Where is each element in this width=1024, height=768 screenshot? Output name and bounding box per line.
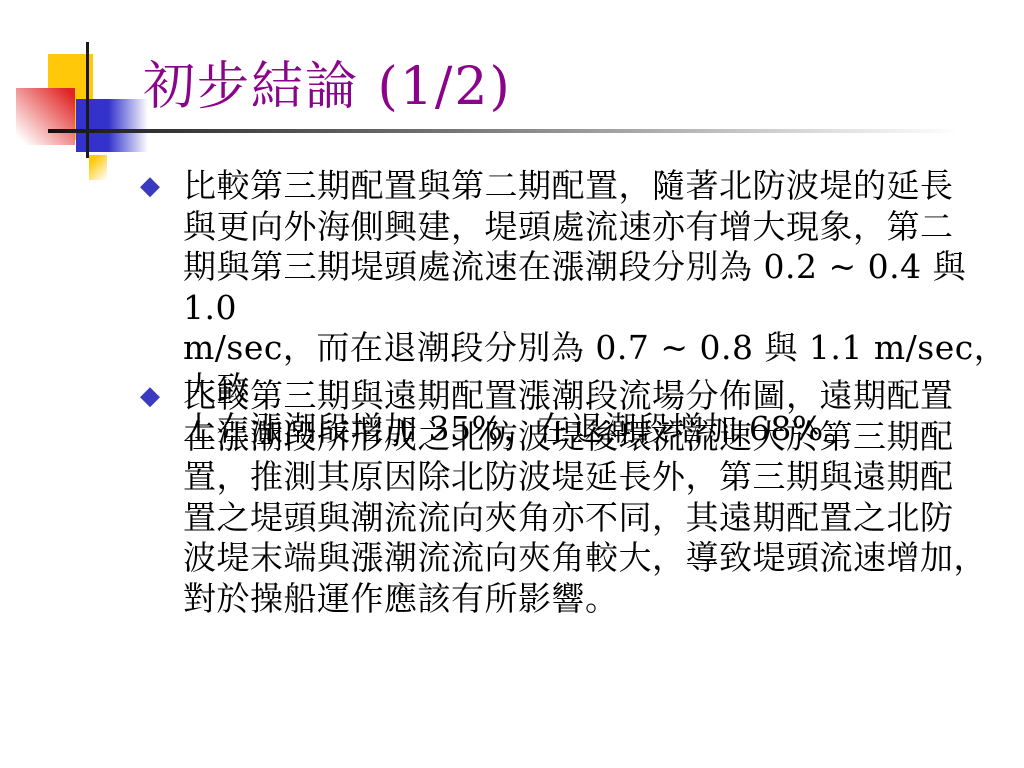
slide-title: 初步結論 (1/2) [143, 44, 512, 119]
decoration-vertical-line [86, 42, 89, 158]
presentation-slide: 初步結論 (1/2) ◆ 比較第三期配置與第二期配置，隨著北防波堤的延長 與更向… [0, 0, 1024, 768]
bullet-item: ◆ 比較第三期與遠期配置漲潮段流場分佈圖，遠期配置 在漲潮段所形成之北防波堤後環… [140, 376, 1024, 619]
diamond-bullet-icon: ◆ [140, 376, 183, 417]
decoration-red-square [16, 88, 75, 145]
diamond-bullet-icon: ◆ [140, 166, 183, 207]
title-divider-line [48, 129, 960, 133]
decoration-yellow-small-square [89, 155, 107, 180]
bullet-text: 比較第三期與遠期配置漲潮段流場分佈圖，遠期配置 在漲潮段所形成之北防波堤後環流流… [183, 376, 1024, 619]
